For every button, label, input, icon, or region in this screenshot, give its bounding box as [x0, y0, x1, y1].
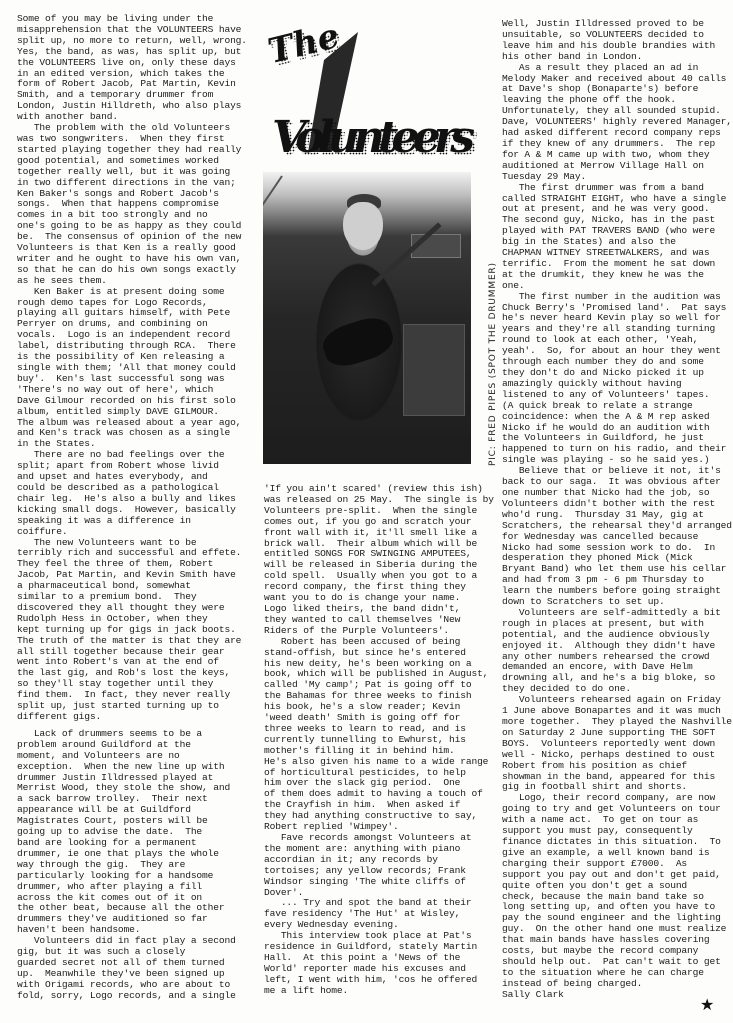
article-paragraph: As a result they placed an ad in Melody …	[502, 63, 730, 183]
guitar-body	[319, 312, 398, 372]
article-paragraph: The problem with the old Volunteers was …	[17, 123, 257, 287]
article-paragraph: The first drummer was from a band called…	[502, 183, 730, 292]
article-paragraph: Logo, their record company, are now goin…	[502, 793, 730, 1000]
article-paragraph: Volunteers are self-admittedly a bit rou…	[502, 608, 730, 695]
fanzine-page: The Volunteers The Volunteers PIC: FRED …	[0, 0, 733, 1023]
article-paragraph: Well, Justin Illdressed proved to be uns…	[502, 19, 730, 63]
article-paragraph: The first number in the audition was Chu…	[502, 292, 730, 467]
article-paragraph: There are no bad feelings over the split…	[17, 450, 257, 537]
article-paragraph: Robert has been accused of being stand-o…	[264, 637, 496, 833]
article-paragraph: Ken Baker is at present doing some rough…	[17, 287, 257, 451]
microphone-stand	[263, 175, 283, 242]
amplifier-cabinet	[403, 324, 465, 416]
article-paragraph: Believe that or believe it not, it's bac…	[502, 466, 730, 608]
article-paragraph: Fave records amongst Volunteers at the m…	[264, 833, 496, 898]
article-paragraph: This interview took place at Pat's resid…	[264, 931, 496, 996]
end-star-icon: ★	[700, 995, 714, 1014]
band-logo: The Volunteers The Volunteers	[262, 14, 484, 159]
article-paragraph: Some of you may be living under the misa…	[17, 14, 257, 123]
band-photo	[263, 172, 471, 464]
article-paragraph: The new Volunteers want to be terribly r…	[17, 538, 257, 723]
article-paragraph: Volunteers rehearsed again on Friday 1 J…	[502, 695, 730, 793]
article-paragraph: 'If you ain't scared' (review this ish) …	[264, 484, 496, 637]
article-column-right: Well, Justin Illdressed proved to be uns…	[502, 19, 730, 1001]
article-paragraph: ... Try and spot the band at their fave …	[264, 898, 496, 931]
logo-word-volunteers: Volunteers	[272, 112, 474, 159]
guitarist-face	[343, 202, 383, 250]
article-column-left: Some of you may be living under the misa…	[17, 14, 257, 1002]
article-paragraph: Volunteers did in fact play a second gig…	[17, 936, 257, 1001]
article-paragraph: Lack of drummers seems to be a problem a…	[17, 729, 257, 936]
photo-credit: PIC: FRED PIPES (SPOT THE DRUMMER)	[488, 262, 498, 466]
article-column-middle: 'If you ain't scared' (review this ish) …	[264, 484, 496, 997]
